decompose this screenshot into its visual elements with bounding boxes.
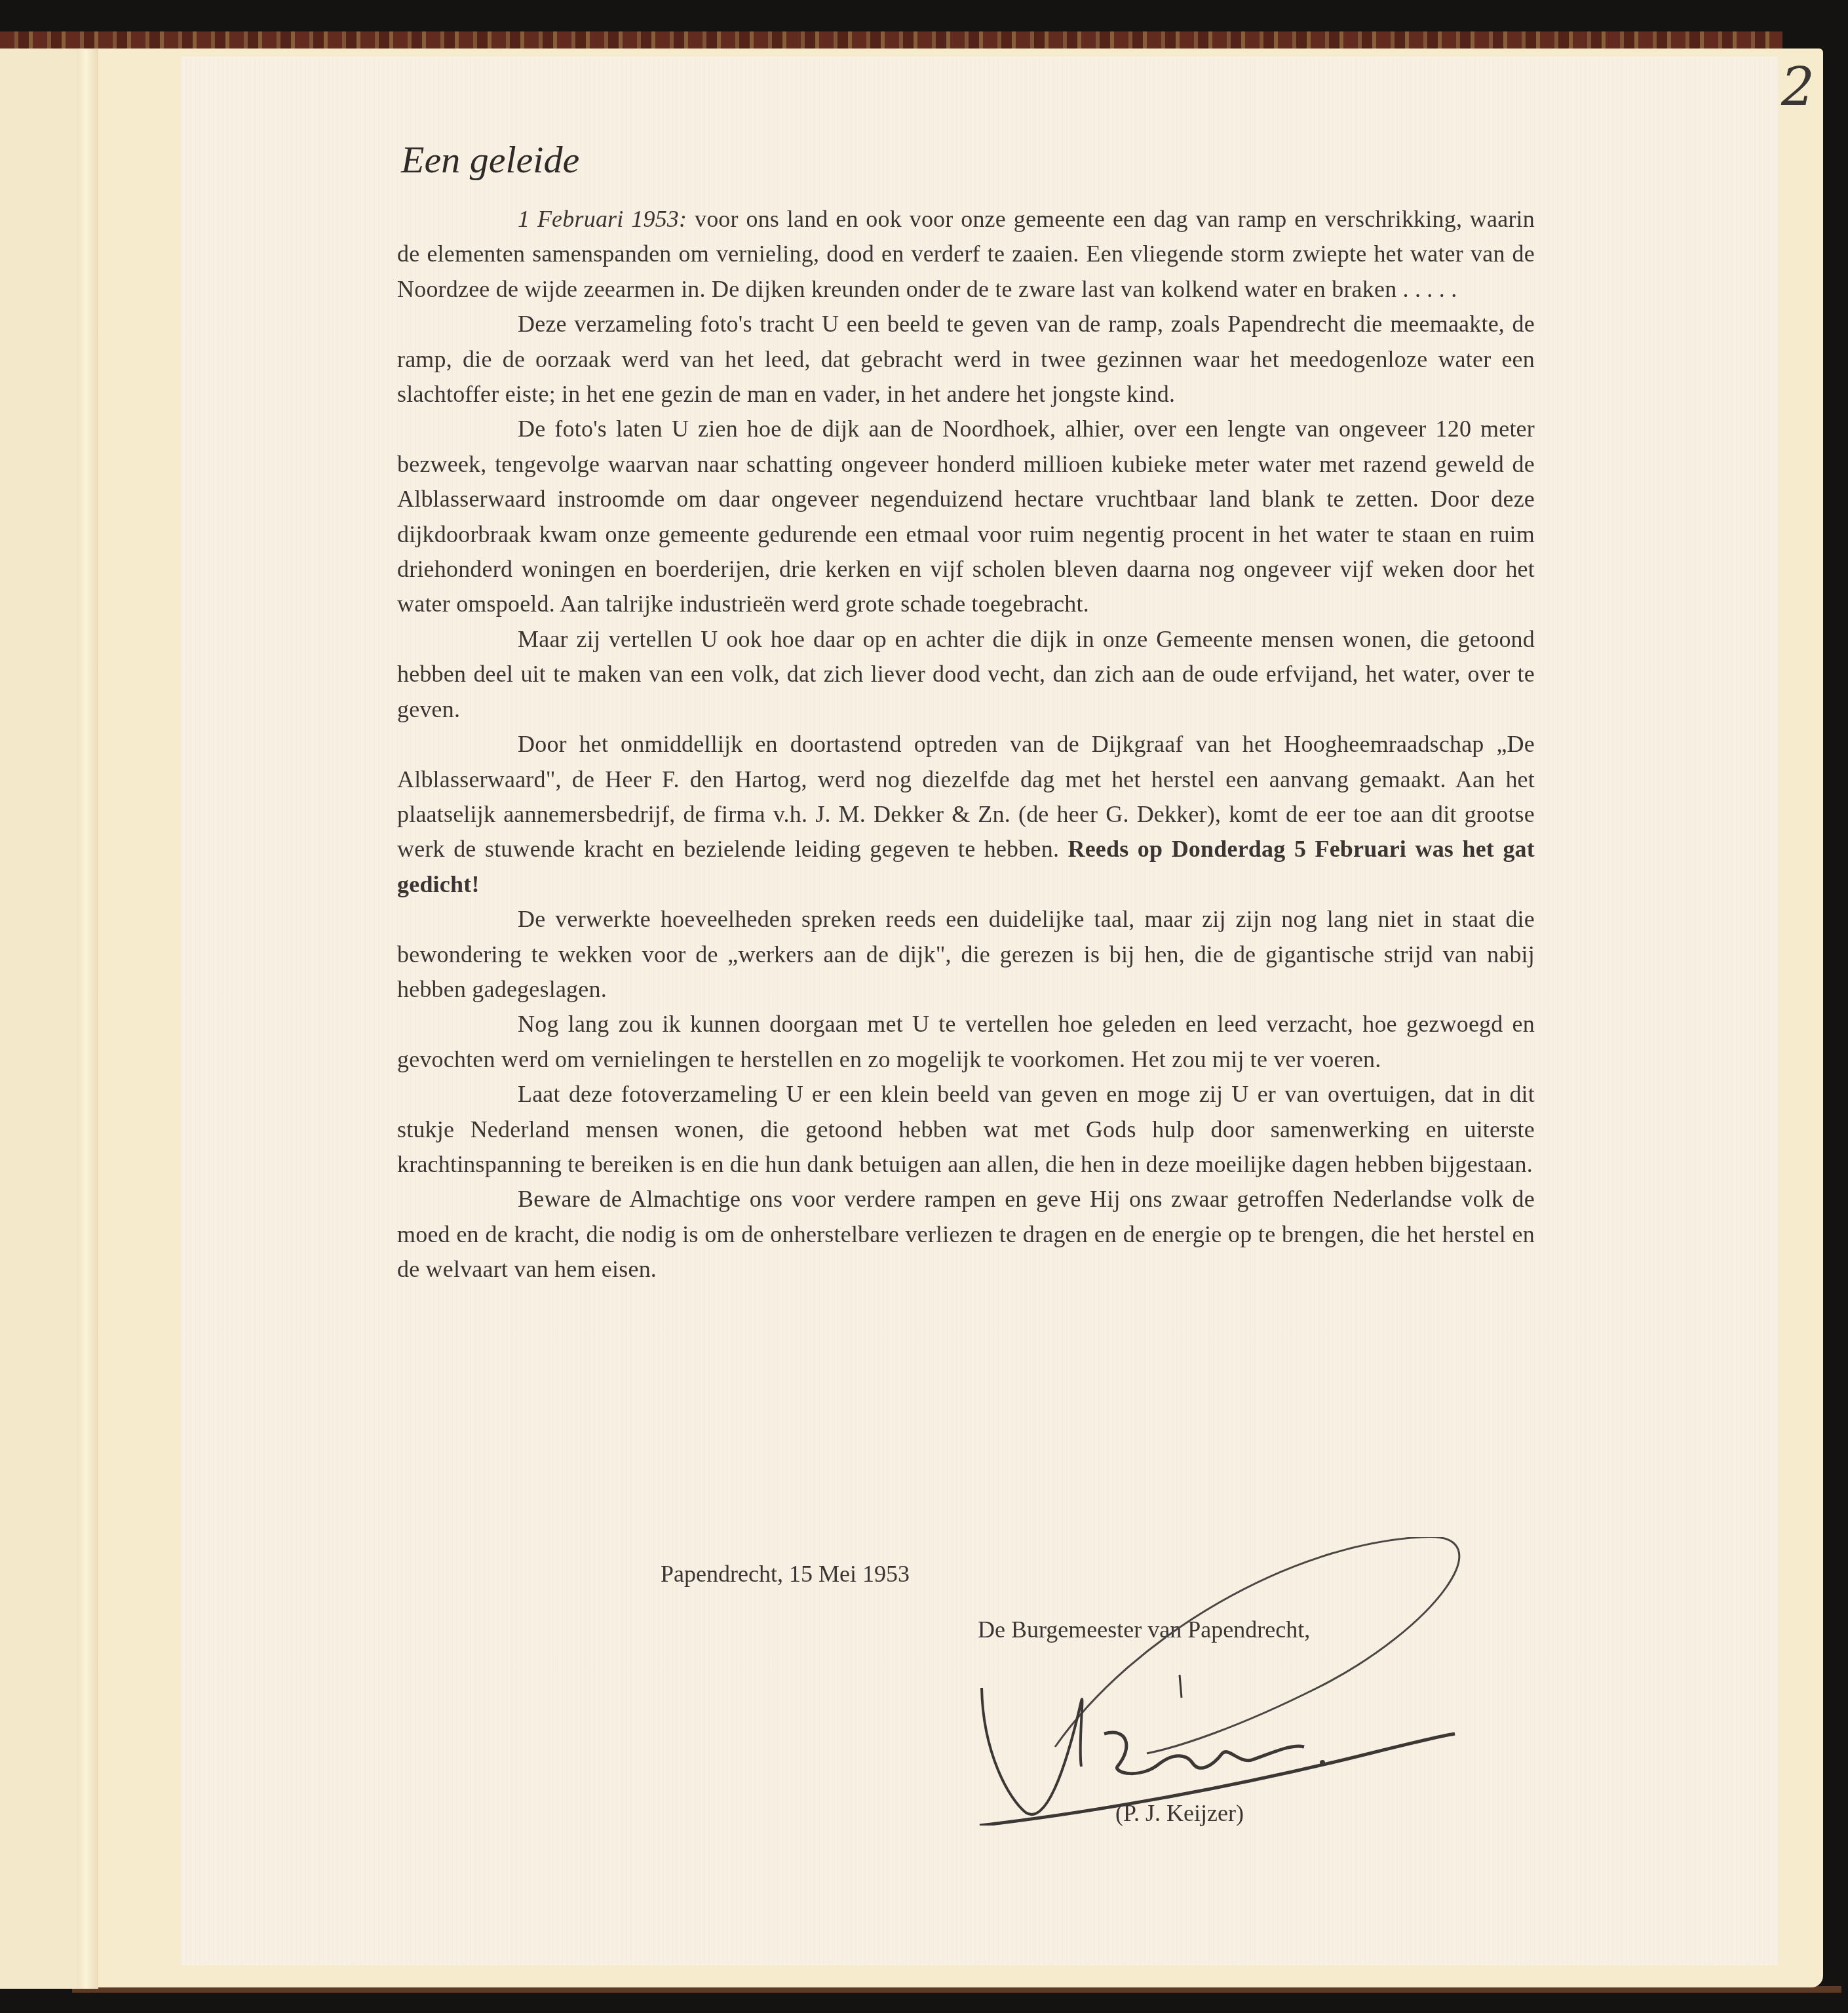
paragraph-5: Door het onmiddellijk en doortastend opt…	[397, 727, 1535, 902]
paragraph-8: Laat deze fotoverzameling U er een klein…	[397, 1077, 1535, 1182]
paragraph-4: Maar zij vertellen U ook hoe daar op en …	[397, 622, 1535, 727]
date-lead: 1 Februari 1953:	[518, 206, 687, 232]
paragraph-6: De verwerkte hoeveelheden spreken reeds …	[397, 902, 1535, 1007]
spine-fold	[77, 49, 98, 1989]
left-endpaper	[0, 49, 79, 1989]
paragraph-9: Beware de Almachtige ons voor verdere ra…	[397, 1182, 1535, 1287]
handwritten-signature	[963, 1537, 1501, 1826]
paragraph-2: Deze verzameling foto's tracht U een bee…	[397, 307, 1535, 412]
closing-place-date: Papendrecht, 15 Mei 1953	[661, 1560, 910, 1588]
album-cover-leather-top	[0, 31, 1782, 50]
page-title: Een geleide	[401, 138, 579, 182]
handwritten-page-number: 2	[1781, 56, 1815, 117]
paragraph-7: Nog lang zou ik kunnen doorgaan met U te…	[397, 1007, 1535, 1077]
signer-name: (P. J. Keijzer)	[1115, 1799, 1244, 1827]
paragraph-1: 1 Februari 1953: voor ons land en ook vo…	[397, 202, 1535, 307]
paragraph-3: De foto's laten U zien hoe de dijk aan d…	[397, 412, 1535, 621]
letter-body: 1 Februari 1953: voor ons land en ook vo…	[397, 202, 1535, 1287]
